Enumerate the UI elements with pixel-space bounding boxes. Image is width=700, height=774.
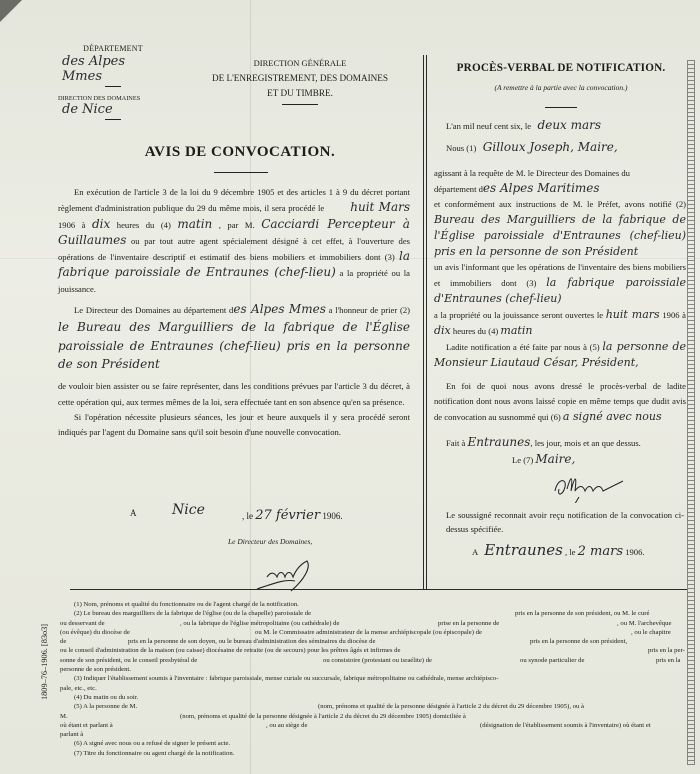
notification-body: L'an mil neuf cent six, le deux mars Nou…: [434, 118, 686, 425]
printed-text: Ladite notification a été faite par nous…: [446, 342, 600, 352]
divider: [105, 119, 121, 120]
handwritten-date: 27 février: [255, 508, 320, 523]
receipt-acknowledgement: Le soussigné reconnait avoir reçu notifi…: [446, 508, 684, 536]
column-divider: [426, 55, 427, 589]
handwritten-city: Entraunes: [468, 435, 531, 449]
printed-text: heures: [117, 220, 139, 230]
printed-text: , les jour, mois et an que dessus.: [530, 438, 640, 448]
footnote-1: (1) Nom, prénoms et qualité du fonctionn…: [60, 600, 680, 609]
printed-text: du (4): [146, 220, 171, 230]
department-value: des Alpes Mmes: [58, 54, 168, 84]
footnote-divider: [70, 589, 687, 590]
footnote-3: pale, etc., etc.: [60, 684, 680, 693]
authority-line-3: ET DU TIMBRE.: [180, 86, 420, 101]
convocation-title: AVIS DE CONVOCATION.: [130, 144, 350, 161]
fait-a-line: Fait à Entraunes, les jour, mois et an q…: [446, 435, 641, 449]
director-label: Le Directeur des Domaines,: [228, 537, 312, 546]
handwritten-date: 2 mars: [578, 544, 623, 559]
divider: [545, 107, 577, 108]
printed-text: 1906 à: [58, 220, 86, 230]
printed-text: et conformément aux instructions de M. l…: [434, 199, 686, 209]
line-departement: département des Alpes Maritimes: [434, 181, 686, 197]
handwritten-period: matin: [500, 324, 532, 337]
authority-line-2: DE L'ENREGISTREMENT, DES DOMAINES: [180, 71, 420, 86]
printed-text: a la propriété ou la jouissance seront o…: [434, 310, 603, 320]
printed-text: , par M.: [219, 220, 255, 230]
line-faite: Ladite notification a été faite par nous…: [434, 339, 686, 371]
line-notifie: et conformément aux instructions de M. l…: [434, 197, 686, 260]
handwritten-invitee: le Bureau des Marguilliers de la fabriqu…: [58, 320, 410, 371]
printed-text: a l'honneur de prier (2): [329, 305, 410, 315]
printed-text: , le: [242, 511, 253, 521]
footnote-5: (5) A la personne de M.(nom, prénoms et …: [60, 702, 680, 711]
paragraph-invitation: Le Directeur des Domaines au département…: [58, 302, 410, 373]
paragraph-sessions: Si l'opération nécessite plusieurs séanc…: [58, 410, 410, 441]
divider: [214, 172, 268, 173]
footnote-2: ou desservant de, ou la fabrique de l'ég…: [60, 619, 680, 628]
column-divider: [423, 55, 424, 589]
handwritten-date: huit Mars: [350, 200, 410, 214]
handwritten-department: es Alpes Mmes: [233, 302, 326, 316]
paragraph-attendance: de vouloir bien assister ou se faire rep…: [58, 379, 410, 410]
decorative-border: [687, 60, 695, 765]
footnote-2: ou le conseil d'administration de la mai…: [60, 646, 680, 655]
footnote-2: (ou évêque) du diocèse deou M. le Commis…: [60, 628, 680, 637]
handwritten-signed: a signé avec nous: [563, 410, 662, 423]
footnote-2: sonne de son président, ou le conseil pr…: [60, 656, 680, 665]
handwritten-date: huit mars: [606, 308, 660, 321]
footnote-2: personne de son président.: [60, 665, 680, 674]
torn-corner: [0, 0, 22, 22]
footnote-5: parlant à: [60, 730, 680, 739]
handwritten-official: Gilloux Joseph, Maire,: [483, 140, 618, 154]
direction-value: de Nice: [58, 102, 168, 117]
line-year: L'an mil neuf cent six, le deux mars: [434, 118, 686, 134]
printed-text: A: [472, 547, 478, 557]
printed-text: département d: [434, 184, 483, 194]
department-label: DÉPARTEMENT: [58, 44, 168, 53]
footnote-7: (7) Titre du fonctionnaire ou agent char…: [60, 749, 680, 758]
printed-text: Le (7): [512, 455, 533, 465]
line-nous: Nous (1) Gilloux Joseph, Maire,: [434, 140, 686, 156]
printed-text: 1906 à: [662, 310, 686, 320]
footnote-4: (4) Du matin ou du soir.: [60, 693, 680, 702]
footnotes: (1) Nom, prénoms et qualité du fonctionn…: [60, 600, 680, 758]
handwritten-city: Nice: [172, 502, 205, 518]
handwritten-department: es Alpes Maritimes: [483, 181, 600, 195]
handwritten-hour: dix: [434, 324, 451, 337]
footnote-2: (2) Le bureau des marguilliers de la fab…: [60, 609, 680, 618]
issuing-authority: DIRECTION GÉNÉRALE DE L'ENREGISTREMENT, …: [180, 56, 420, 105]
divider: [282, 104, 318, 105]
printed-text: L'an mil neuf cent six, le: [446, 121, 531, 131]
authority-line-1: DIRECTION GÉNÉRALE: [180, 56, 420, 71]
paragraph-execution: En exécution de l'article 3 de la loi du…: [58, 185, 410, 297]
line-en-foi: En foi de quoi nous avons dressé le proc…: [434, 379, 686, 425]
printed-text: Nous (1): [446, 143, 476, 153]
printed-text: heures du (4): [453, 326, 498, 336]
handwritten-period: matin: [177, 217, 212, 231]
print-reference-code: 1809–76–1906. [83o3]: [40, 624, 49, 700]
footnote-5: où étant et parlant à, ou au siège de(dé…: [60, 721, 680, 730]
handwritten-title: Maire,: [535, 452, 575, 466]
notification-subtitle: (A remettre à la partie avec la convocat…: [436, 83, 686, 92]
line-avis: un avis l'informant que les opérations d…: [434, 260, 686, 307]
direction-label: DIRECTION DES DOMAINES: [58, 95, 168, 102]
department-block: DÉPARTEMENT des Alpes Mmes DIRECTION DES…: [58, 44, 168, 120]
handwritten-recipient: Bureau des Marguilliers de la fabrique d…: [434, 213, 686, 258]
handwritten-city: Entraunes: [484, 541, 563, 559]
printed-text: A: [130, 508, 137, 518]
printed-text: Fait à: [446, 438, 465, 448]
printed-text: Le Directeur des Domaines au département…: [74, 305, 233, 315]
printed-text: 1906.: [322, 511, 342, 521]
footnote-5: M.(nom, prénoms et qualité de la personn…: [60, 712, 680, 721]
document-page: DÉPARTEMENT des Alpes Mmes DIRECTION DES…: [0, 0, 700, 774]
line-ouverture: a la propriété ou la jouissance seront o…: [434, 307, 686, 339]
handwritten-hour: dix: [92, 217, 110, 231]
convocation-body: En exécution de l'article 3 de la loi du…: [58, 185, 410, 440]
footnote-2: depris en la personne de son doyen, ou l…: [60, 637, 680, 646]
footnote-6: (6) A signé avec nous ou a refusé de sig…: [60, 739, 680, 748]
handwritten-date: deux mars: [538, 118, 602, 132]
notification-title: PROCÈS-VERBAL DE NOTIFICATION.: [436, 62, 686, 74]
footnote-3: (3) Indiquer l'établissement soumis à l'…: [60, 674, 680, 683]
title-line: Le (7) Maire,: [512, 452, 575, 466]
mayor-signature-icon: [549, 473, 639, 503]
line-requete: agissant à la requête de M. le Directeur…: [434, 166, 686, 181]
printed-text: , le: [565, 547, 576, 557]
divider: [105, 86, 121, 87]
printed-text: 1906.: [625, 547, 644, 557]
receipt-date-line: A Entraunes , le 2 mars 1906.: [472, 541, 645, 559]
